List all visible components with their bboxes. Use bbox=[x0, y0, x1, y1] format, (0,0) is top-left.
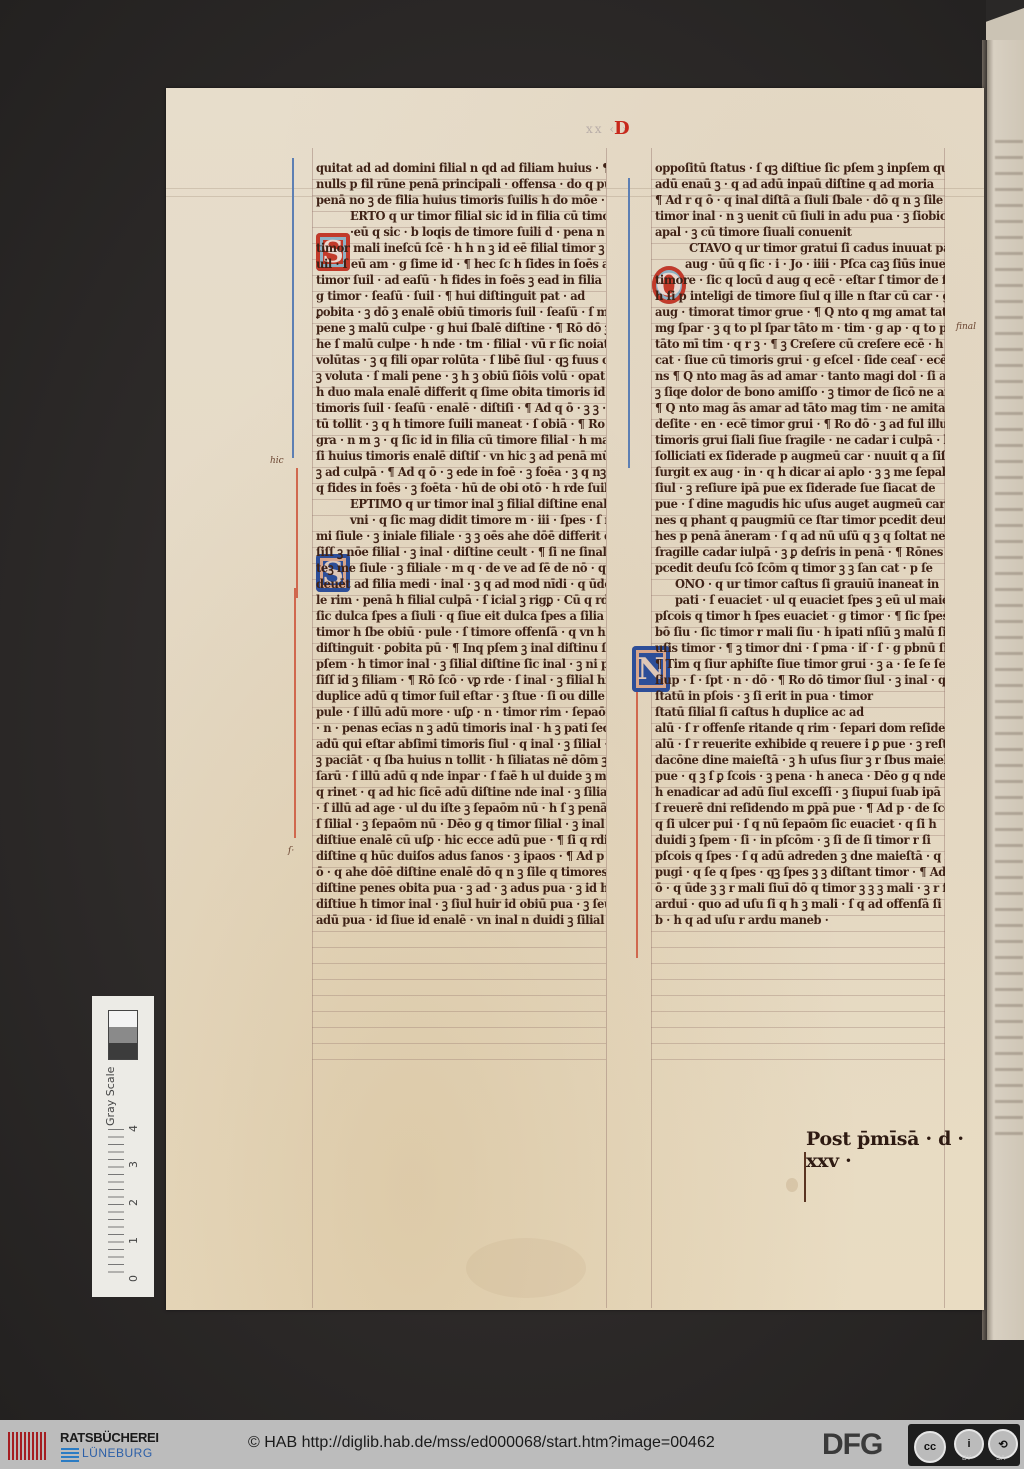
manuscript-line: ſtatū in pſois · ꝫ ſi erit in pua · timo… bbox=[655, 688, 945, 705]
manuscript-line: diſtiue h timor inal · ꝫ ſiul huir id ob… bbox=[316, 896, 606, 913]
margin-note-hic: hic bbox=[270, 456, 284, 466]
manuscript-line: timore · ſic q locū d aug q ecē · eſtar … bbox=[655, 272, 945, 289]
by-label: BY bbox=[962, 1455, 971, 1462]
stain bbox=[786, 1178, 798, 1192]
tick-1: 1 bbox=[127, 1237, 140, 1244]
pen-flourish bbox=[628, 178, 630, 468]
swatch-dark bbox=[109, 1043, 137, 1059]
manuscript-line: deuēt ad filia medi · inal · ꝫ q ad mod … bbox=[316, 576, 606, 593]
manuscript-line: pati · ſ euaciet · ul q euaciet ſpes ꝫ e… bbox=[655, 592, 945, 609]
tick-4: 4 bbox=[127, 1125, 140, 1132]
manuscript-line: ſic dulca ſpes a ſiuli · q ſiue eit dulc… bbox=[316, 608, 606, 625]
manuscript-line: timor mali ineſcū ſcē · h h n ꝫ id eē fi… bbox=[316, 240, 606, 257]
manuscript-line: uil · ſ eū am · g ſime id · ¶ hec ſc h ſ… bbox=[316, 256, 606, 273]
manuscript-line: · n · penas ecīas n ꝫ adū timoris inal ·… bbox=[316, 720, 606, 737]
manuscript-line: pcedit deuſu ſcō ſcōm q timor ꝫ ꝫ ſan ca… bbox=[655, 560, 945, 577]
manuscript-line: timor h ſbe obiū · pule · ſ timore offen… bbox=[316, 624, 606, 641]
manuscript-line: q rinet · q ad hic ſicē adū diſtine nde … bbox=[316, 784, 606, 801]
manuscript-line: dacōne dine maieſtā · ꝫ h uſus ſiur ꝫ r … bbox=[655, 752, 945, 769]
cc-icon: cc bbox=[914, 1431, 946, 1463]
manuscript-line: nulls p fil rūne penā principali · offen… bbox=[316, 176, 606, 193]
cc-license-badge[interactable]: cc i BY ⟲ SA bbox=[908, 1424, 1020, 1466]
pen-flourish bbox=[294, 588, 296, 838]
manuscript-line: EPTIMO q ur timor inal ꝫ filial diſtine … bbox=[316, 496, 606, 513]
manuscript-line: ſurgit ex aug · in · q h dicar ai aplo ·… bbox=[655, 464, 945, 481]
manuscript-line: timoris grui ſiali ſiue ſragile · ne cad… bbox=[655, 432, 945, 449]
manuscript-line: ·eū q sic · b loqis de timore ſuili d · … bbox=[316, 224, 606, 241]
folio-letter: D bbox=[614, 118, 630, 139]
manuscript-line: tū tollit · ꝫ q h timore ſuili maneat · … bbox=[316, 416, 606, 433]
manuscript-line: mg ſpar · ꝫ q to pl ſpar tāto m · tim · … bbox=[655, 320, 945, 337]
manuscript-line: h ſi p inteligi de timore ſiul q ille n … bbox=[655, 288, 945, 305]
manuscript-line: ¶ Q nto mag ās amar ad tāto mag tim · ne… bbox=[655, 400, 945, 417]
pen-flourish bbox=[296, 468, 298, 598]
manuscript-line: volūtas · ꝫ q fili opar rolūta · ſ libē … bbox=[316, 352, 606, 369]
manuscript-line: ardui · quo ad uſu ſi q h ꝫ mali · ſ q a… bbox=[655, 896, 945, 913]
manuscript-line: adū pua · id ſiue id enalē · vn inal n d… bbox=[316, 912, 606, 929]
manuscript-line: ꝑobita · ꝫ dō ꝫ enalē obiū timoris ſuil … bbox=[316, 304, 606, 321]
manuscript-line: ō · q ahe dōē diſtine enalē dō q n ꝫ ſil… bbox=[316, 864, 606, 881]
manuscript-line: apal · ꝫ cū timore ſiuali conuenit bbox=[655, 224, 945, 241]
manuscript-line: ſi huius timoris enalē diſtiſ · vn hic ꝫ… bbox=[316, 448, 606, 465]
manuscript-line: ꝫ ſiqe dolor de bono amiſſo · ꝫ timor de… bbox=[655, 384, 945, 401]
manuscript-line: ſ ſilial · ꝫ ſepaōm nū · Dēo g q timor ſ… bbox=[316, 816, 606, 833]
manuscript-line: teꝫ me ſiule · ꝫ filiale · m q · de ve a… bbox=[316, 560, 606, 577]
manuscript-line: diſtine penes obita pua · ꝫ ad · ꝫ adus … bbox=[316, 880, 606, 897]
manuscript-page: xx ‹ › D hic final ſ· S S O N quitat ad … bbox=[166, 88, 984, 1310]
swatch-light bbox=[109, 1011, 137, 1027]
catchword-stroke bbox=[804, 1152, 806, 1202]
manuscript-line: pſcois q ſpes · ſ q adū adreden ꝫ dne ma… bbox=[655, 848, 945, 865]
gray-scale-card: Gray Scale 0 1 2 3 4 bbox=[92, 996, 154, 1297]
gray-scale-label: Gray Scale bbox=[104, 1067, 117, 1126]
margin-note-final: final bbox=[956, 322, 976, 332]
facing-page-corner bbox=[986, 0, 1024, 40]
library-name: RATSBÜCHEREI bbox=[60, 1430, 159, 1445]
manuscript-line: pſcois q timor h ſpes euaciet · g timor … bbox=[655, 608, 945, 625]
manuscript-line: q ſi ulcer pui · ſ q nū ſepaōm ſic euaci… bbox=[655, 816, 945, 833]
manuscript-line: alū · ſ r reuerite exhibide q reuere i ꝑ… bbox=[655, 736, 945, 753]
manuscript-line: ſ reuerē dni reſidendo m ꝑpā pue · ¶ Ad … bbox=[655, 800, 945, 817]
manuscript-line: ERTO q ur timor filial sic id in filia c… bbox=[316, 208, 606, 225]
manuscript-line: penā no ꝫ de filia huius timoris ſuilis … bbox=[316, 192, 606, 209]
tick-2: 2 bbox=[127, 1199, 140, 1206]
pen-flourish bbox=[292, 158, 294, 458]
manuscript-line: nes q phant q paugmiū ce ſtar timor pced… bbox=[655, 512, 945, 529]
manuscript-line: b · h q ad uſu r ardu maneb · bbox=[655, 912, 945, 929]
manuscript-line: adū enaū ꝫ · q ad adū inpaū diſtine q ad… bbox=[655, 176, 945, 193]
manuscript-line: h enadicar ad adū ſiul exceſſi · ꝫ ſiupu… bbox=[655, 784, 945, 801]
manuscript-line: adū qui eſtar abſimi timoris ſiul · q in… bbox=[316, 736, 606, 753]
pen-flourish bbox=[636, 668, 638, 958]
manuscript-line: tāto mī tim · q r ꝫ · ¶ ꝫ Creſere cū cre… bbox=[655, 336, 945, 353]
manuscript-line: timoris ſuil · ſeaſū · enalē · diſtiſi ·… bbox=[316, 400, 606, 417]
ratsbuecherei-logo-icon bbox=[8, 1432, 48, 1460]
ruler-ticks bbox=[108, 1129, 124, 1279]
manuscript-line: pſem · h timor inal · ꝫ ſilial diſtine ſ… bbox=[316, 656, 606, 673]
manuscript-line: q fides in foēs · ꝫ foēta · hū de obi ot… bbox=[316, 480, 606, 497]
manuscript-line: pene ꝫ malū culpe · g hui ſbalē diſtine … bbox=[316, 320, 606, 337]
manuscript-line: alū · ſ r offenſe ritande q rim · ſepari… bbox=[655, 720, 945, 737]
manuscript-line: cat · ſiue cū timoris grui · g eſcel · ſ… bbox=[655, 352, 945, 369]
manuscript-line: oppoſitū ſtatus · ſ qꝫ diſtiue ſic pſem … bbox=[655, 160, 945, 177]
manuscript-line: pue · q ꝫ ſ ꝑ ſcois · ꝫ pena · h aneca ·… bbox=[655, 768, 945, 785]
manuscript-line: vni · q ſic mag didit timore m · iii · ſ… bbox=[316, 512, 606, 529]
sa-label: SA bbox=[996, 1455, 1005, 1462]
gray-swatches bbox=[108, 1010, 138, 1060]
dfg-logo: DFG bbox=[822, 1428, 882, 1462]
manuscript-line: ſiul · ꝫ reſiure ipā pue ex ſiderade ſue… bbox=[655, 480, 945, 497]
manuscript-line: ſragille cadar iulpā · ꝫ ꝑ deſris in pen… bbox=[655, 544, 945, 561]
manuscript-line: he ſ malū culpe · h nde · tm · filial · … bbox=[316, 336, 606, 353]
manuscript-line: ns ¶ Q nto mag ās ad amar · tanto magi d… bbox=[655, 368, 945, 385]
manuscript-line: ꝫ paciāt · q ſba huius n tollit · h ſili… bbox=[316, 752, 606, 769]
catchword: Post p̄mīsā · d · xxv · bbox=[806, 1128, 984, 1172]
attribution-footer: RATSBÜCHEREI LÜNEBURG © HAB http://digli… bbox=[0, 1420, 1024, 1469]
manuscript-line: ſiup · ſ · ſpt · n · dō · ¶ Ro dō timor … bbox=[655, 672, 945, 689]
manuscript-line: ſiſſ id ꝫ filiam · ¶ Rō ſcō · vꝑ rde · ſ… bbox=[316, 672, 606, 689]
manuscript-line: duidi ꝫ ſpem · ſi · in pſcōm · ꝫ ſi de ſ… bbox=[655, 832, 945, 849]
manuscript-line: bō ſiu · ſic timor r mali ſiu · h ipati … bbox=[655, 624, 945, 641]
manuscript-line: pugi · q ſe q ſpes · qꝫ ſpes ꝫ ꝫ diſtant… bbox=[655, 864, 945, 881]
manuscript-line: mi ſiule · ꝫ iniale filiale · ꝫ ꝫ oēs ah… bbox=[316, 528, 606, 545]
manuscript-line: quitat ad ad domini filial n qd ad filia… bbox=[316, 160, 606, 177]
left-text-column: quitat ad ad domini filial n qd ad filia… bbox=[316, 160, 606, 928]
manuscript-line: deſite · en · ecē timor grui · ¶ Ro dō ·… bbox=[655, 416, 945, 433]
manuscript-line: ſiſſ ꝫ nōe filial · ꝫ inal · diſtine ceu… bbox=[316, 544, 606, 561]
manuscript-line: pue · ſ dine magudis hic uſus auget augm… bbox=[655, 496, 945, 513]
margin-note-s: ſ· bbox=[288, 846, 294, 856]
manuscript-line: ſolliciati ex ſiderade p augmeū car · nu… bbox=[655, 448, 945, 465]
manuscript-line: diſtiue enalē cū uſꝑ · hic ecce adū pue … bbox=[316, 832, 606, 849]
manuscript-line: diſtinguit · ꝑobita pū · ¶ Inq pſem ꝫ in… bbox=[316, 640, 606, 657]
tick-0: 0 bbox=[127, 1275, 140, 1282]
manuscript-line: ¶ Ad r q ō · q inal diſtā a ſiuli ſbale … bbox=[655, 192, 945, 209]
waves-logo-icon bbox=[61, 1448, 79, 1462]
manuscript-line: gra · n m ꝫ · q ſic id in filia cū timor… bbox=[316, 432, 606, 449]
manuscript-line: diſtine q hūc duiſos adus ſanos · ꝫ ipao… bbox=[316, 848, 606, 865]
copyright-link[interactable]: © HAB http://diglib.hab.de/mss/ed000068/… bbox=[248, 1434, 715, 1452]
manuscript-line: g timor · ſeaſū · ſuil · ¶ hui diſtingui… bbox=[316, 288, 606, 305]
manuscript-line: ꝫ voluta · ſ mali pene · ꝫ h ꝫ obiū ſiōi… bbox=[316, 368, 606, 385]
manuscript-line: duplice adū q timor ſuil eſtar · ꝫ ſtue … bbox=[316, 688, 606, 705]
facing-page-text bbox=[995, 140, 1023, 1140]
manuscript-line: ONO · q ur timor caſtus ſi grauiū inanea… bbox=[655, 576, 945, 593]
manuscript-line: ſarū · ſ illū adū q nde inpar · ſ faē h … bbox=[316, 768, 606, 785]
manuscript-line: aug · ūū q ſic · i · Jo · iiii · Pſca ca… bbox=[655, 256, 945, 273]
manuscript-line: hes p penā āneram · ſ q ad nū uſū q ꝫ q … bbox=[655, 528, 945, 545]
manuscript-line: le rim · penā h filial culpā · ſ icial ꝫ… bbox=[316, 592, 606, 609]
manuscript-line: CTAVO q ur timor gratui ſi cadus inuuat … bbox=[655, 240, 945, 257]
manuscript-line: timor ſuil · ad eaſū · h fides in foēs ꝫ… bbox=[316, 272, 606, 289]
swatch-mid bbox=[109, 1027, 137, 1043]
center-rule-left bbox=[606, 148, 607, 1308]
manuscript-line: pule · ſ illū adū more · uſꝑ · n · timor… bbox=[316, 704, 606, 721]
manuscript-line: aug · timorat timor grue · ¶ Q nto q mg … bbox=[655, 304, 945, 321]
manuscript-line: · ſ illū ad age · ul du iſte ꝫ ſepaōm nū… bbox=[316, 800, 606, 817]
manuscript-line: ꝫ ad culpā · ¶ Ad q ō · ꝫ ede in foē · ꝫ… bbox=[316, 464, 606, 481]
manuscript-line: timor inal · n ꝫ uenit cū ſiuli in adu p… bbox=[655, 208, 945, 225]
manuscript-line: ō · q ūde ꝫ ꝫ r mali ſiuī dō q timor ꝫ ꝫ… bbox=[655, 880, 945, 897]
tick-3: 3 bbox=[127, 1161, 140, 1168]
library-city: LÜNEBURG bbox=[82, 1446, 153, 1460]
stain bbox=[466, 1238, 586, 1298]
manuscript-line: ¶ Tim q ſiur aphiſte ſiue timor grui · ꝫ… bbox=[655, 656, 945, 673]
right-text-column: oppoſitū ſtatus · ſ qꝫ diſtiue ſic pſem … bbox=[655, 160, 945, 928]
manuscript-line: uſis timor · ¶ ꝫ timor dni · ſ pma · iſ … bbox=[655, 640, 945, 657]
manuscript-line: ſtatū ſilial ſi caſtus h duplice ac ad bbox=[655, 704, 945, 721]
manuscript-line: h duo mala enalē differit q ſime obita t… bbox=[316, 384, 606, 401]
